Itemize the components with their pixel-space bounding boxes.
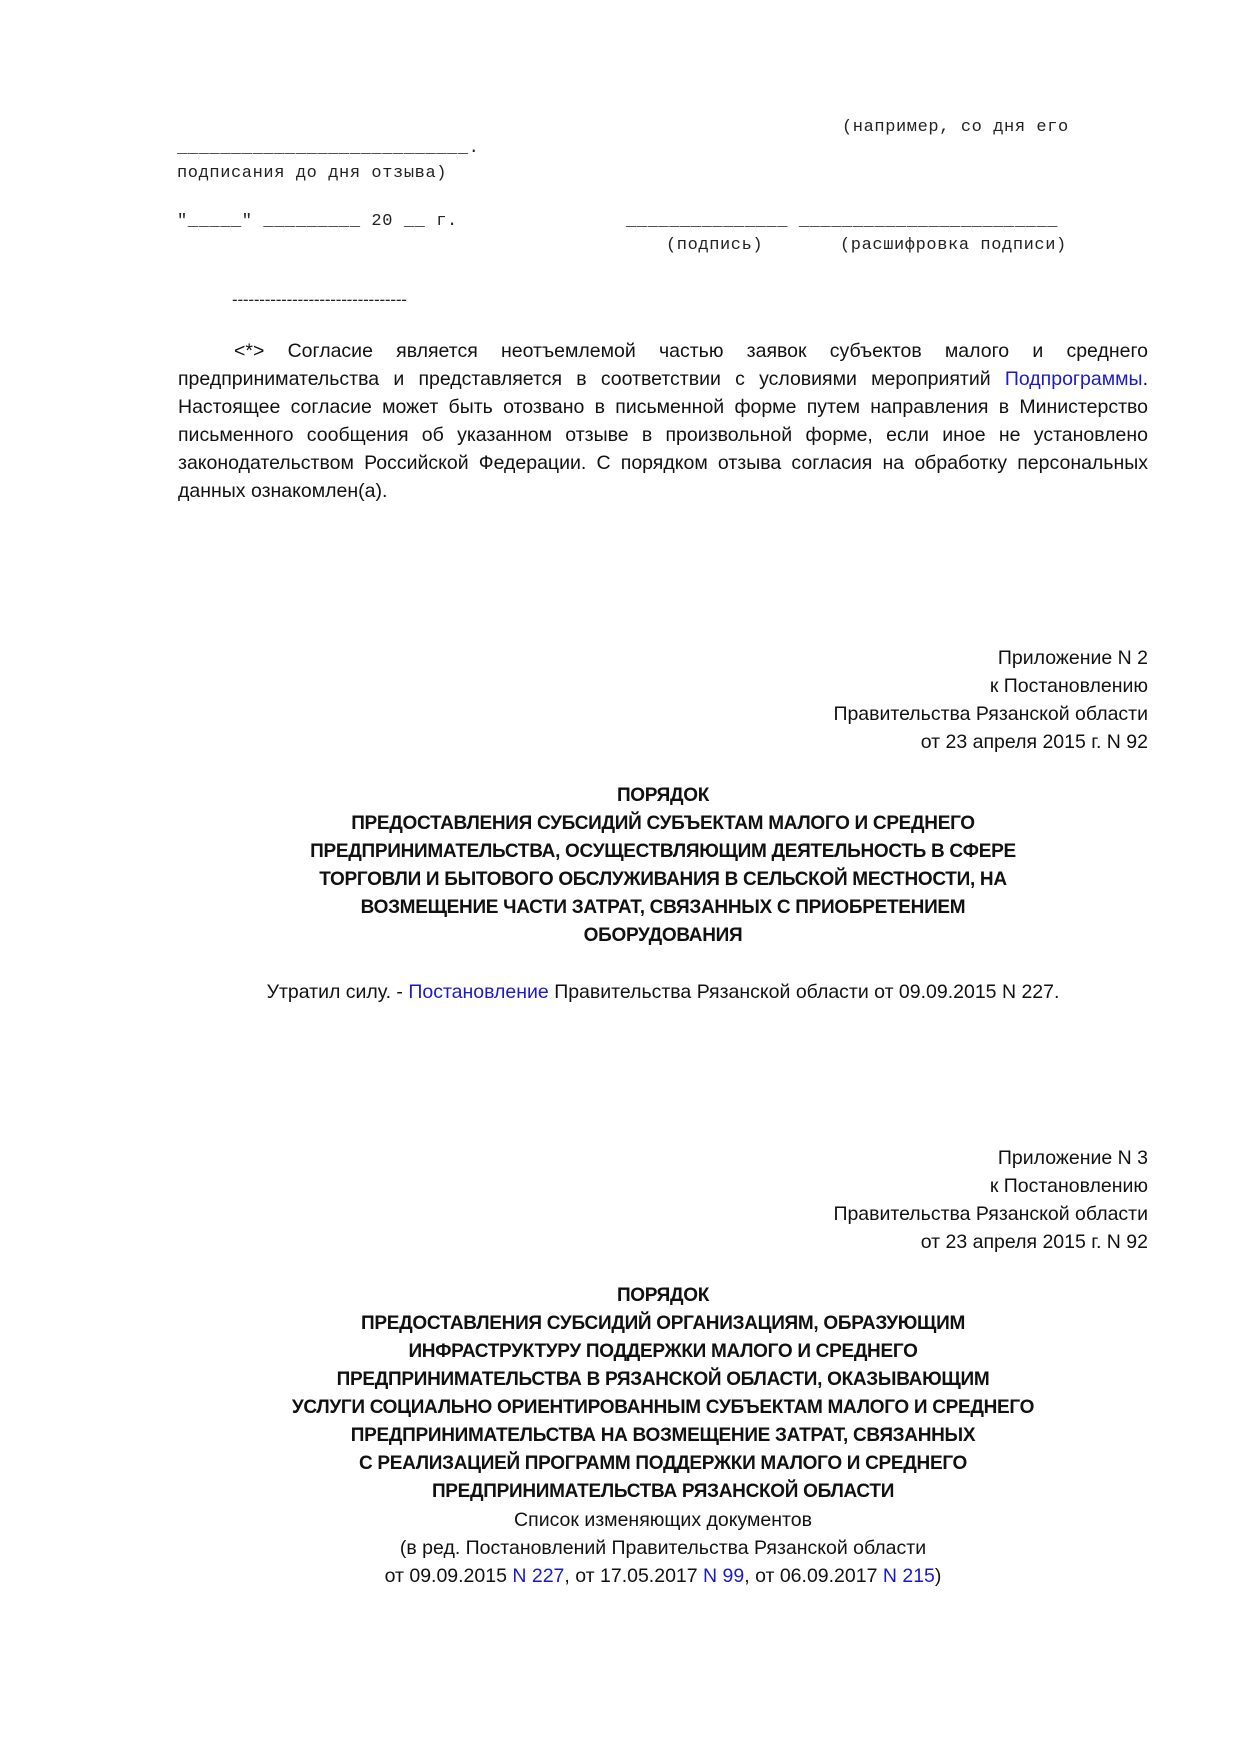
- appendix2-repeal-note: Утратил силу. - Постановление Правительс…: [178, 978, 1148, 1006]
- amend-text: от 09.09.2015: [385, 1565, 513, 1587]
- repeal-suffix: Правительства Рязанской области от 09.09…: [549, 981, 1060, 1003]
- appendix2-title-line: ОБОРУДОВАНИЯ: [178, 922, 1148, 950]
- underline-field: ___________________________.: [177, 139, 479, 158]
- amend-link-215[interactable]: N 215: [883, 1565, 935, 1587]
- appendix2-title-line: ТОРГОВЛИ И БЫТОВОГО ОБСЛУЖИВАНИЯ В СЕЛЬС…: [178, 866, 1148, 894]
- repeal-prefix: Утратил силу. -: [267, 981, 409, 1003]
- appendix3-title-line: ПОРЯДОК: [178, 1282, 1148, 1310]
- appendix3-header-line: Правительства Рязанской области: [548, 1200, 1148, 1228]
- footnote-text-1: Согласие является неотъемлемой частью за…: [178, 340, 1148, 390]
- appendix3-title-line: ПРЕДПРИНИМАТЕЛЬСТВА НА ВОЗМЕЩЕНИЕ ЗАТРАТ…: [178, 1422, 1148, 1450]
- appendix3-title-line: ИНФРАСТРУКТУРУ ПОДДЕРЖКИ МАЛОГО И СРЕДНЕ…: [178, 1338, 1148, 1366]
- signature-label: (подпись): [666, 236, 763, 255]
- subprogram-link[interactable]: Подпрограммы: [1005, 368, 1143, 390]
- appendix3-title-line: С РЕАЛИЗАЦИЕЙ ПРОГРАММ ПОДДЕРЖКИ МАЛОГО …: [178, 1450, 1148, 1478]
- signature-line: _______________ ________________________: [626, 212, 1058, 231]
- amend-line-1: (в ред. Постановлений Правительства Ряза…: [178, 1534, 1148, 1562]
- appendix3-title-line: УСЛУГИ СОЦИАЛЬНО ОРИЕНТИРОВАННЫМ СУБЪЕКТ…: [178, 1394, 1148, 1422]
- amend-text: , от 06.09.2017: [744, 1565, 883, 1587]
- appendix2-header: Приложение N 2 к Постановлению Правитель…: [548, 644, 1148, 756]
- appendix2-header-line: от 23 апреля 2015 г. N 92: [548, 728, 1148, 756]
- appendix3-header-line: к Постановлению: [548, 1172, 1148, 1200]
- appendix2-title-line: ВОЗМЕЩЕНИЕ ЧАСТИ ЗАТРАТ, СВЯЗАННЫХ С ПРИ…: [178, 894, 1148, 922]
- amend-line-2: от 09.09.2015 N 227, от 17.05.2017 N 99,…: [178, 1562, 1148, 1590]
- amend-link-99[interactable]: N 99: [703, 1565, 744, 1587]
- appendix3-title-line: ПРЕДПРИНИМАТЕЛЬСТВА В РЯЗАНСКОЙ ОБЛАСТИ,…: [178, 1366, 1148, 1394]
- appendix3-title-line: ПРЕДОСТАВЛЕНИЯ СУБСИДИЙ ОРГАНИЗАЦИЯМ, ОБ…: [178, 1310, 1148, 1338]
- document-page: (например, со дня его __________________…: [0, 0, 1240, 1754]
- appendix2-title-line: ПОРЯДОК: [178, 782, 1148, 810]
- appendix3-header: Приложение N 3 к Постановлению Правитель…: [548, 1144, 1148, 1256]
- appendix2-title-line: ПРЕДОСТАВЛЕНИЯ СУБСИДИЙ СУБЪЕКТАМ МАЛОГО…: [178, 810, 1148, 838]
- appendix3-title-line: ПРЕДПРИНИМАТЕЛЬСТВА РЯЗАНСКОЙ ОБЛАСТИ: [178, 1478, 1148, 1506]
- amend-link-227[interactable]: N 227: [512, 1565, 564, 1587]
- footnote-separator: --------------------------------: [232, 290, 407, 310]
- appendix3-title: ПОРЯДОК ПРЕДОСТАВЛЕНИЯ СУБСИДИЙ ОРГАНИЗА…: [178, 1282, 1148, 1506]
- appendix3-header-line: от 23 апреля 2015 г. N 92: [548, 1228, 1148, 1256]
- example-note-part2: подписания до дня отзыва): [177, 164, 447, 183]
- amend-heading: Список изменяющих документов: [178, 1506, 1148, 1534]
- appendix2-header-line: Приложение N 2: [548, 644, 1148, 672]
- appendix2-title-line: ПРЕДПРИНИМАТЕЛЬСТВА, ОСУЩЕСТВЛЯЮЩИМ ДЕЯТ…: [178, 838, 1148, 866]
- example-note-part1: (например, со дня его: [842, 118, 1069, 137]
- footnote-marker: <*>: [234, 340, 264, 362]
- repeal-decree-link[interactable]: Постановление: [408, 981, 548, 1003]
- appendix2-header-line: Правительства Рязанской области: [548, 700, 1148, 728]
- appendix2-header-line: к Постановлению: [548, 672, 1148, 700]
- appendix2-title: ПОРЯДОК ПРЕДОСТАВЛЕНИЯ СУБСИДИЙ СУБЪЕКТА…: [178, 782, 1148, 950]
- appendix3-header-line: Приложение N 3: [548, 1144, 1148, 1172]
- signature-decode-label: (расшифровка подписи): [840, 236, 1067, 255]
- footnote-paragraph: <*> Согласие является неотъемлемой часть…: [178, 337, 1148, 505]
- date-line: "_____" _________ 20 __ г.: [177, 212, 458, 231]
- amend-text: , от 17.05.2017: [564, 1565, 703, 1587]
- amend-text: ): [935, 1565, 942, 1587]
